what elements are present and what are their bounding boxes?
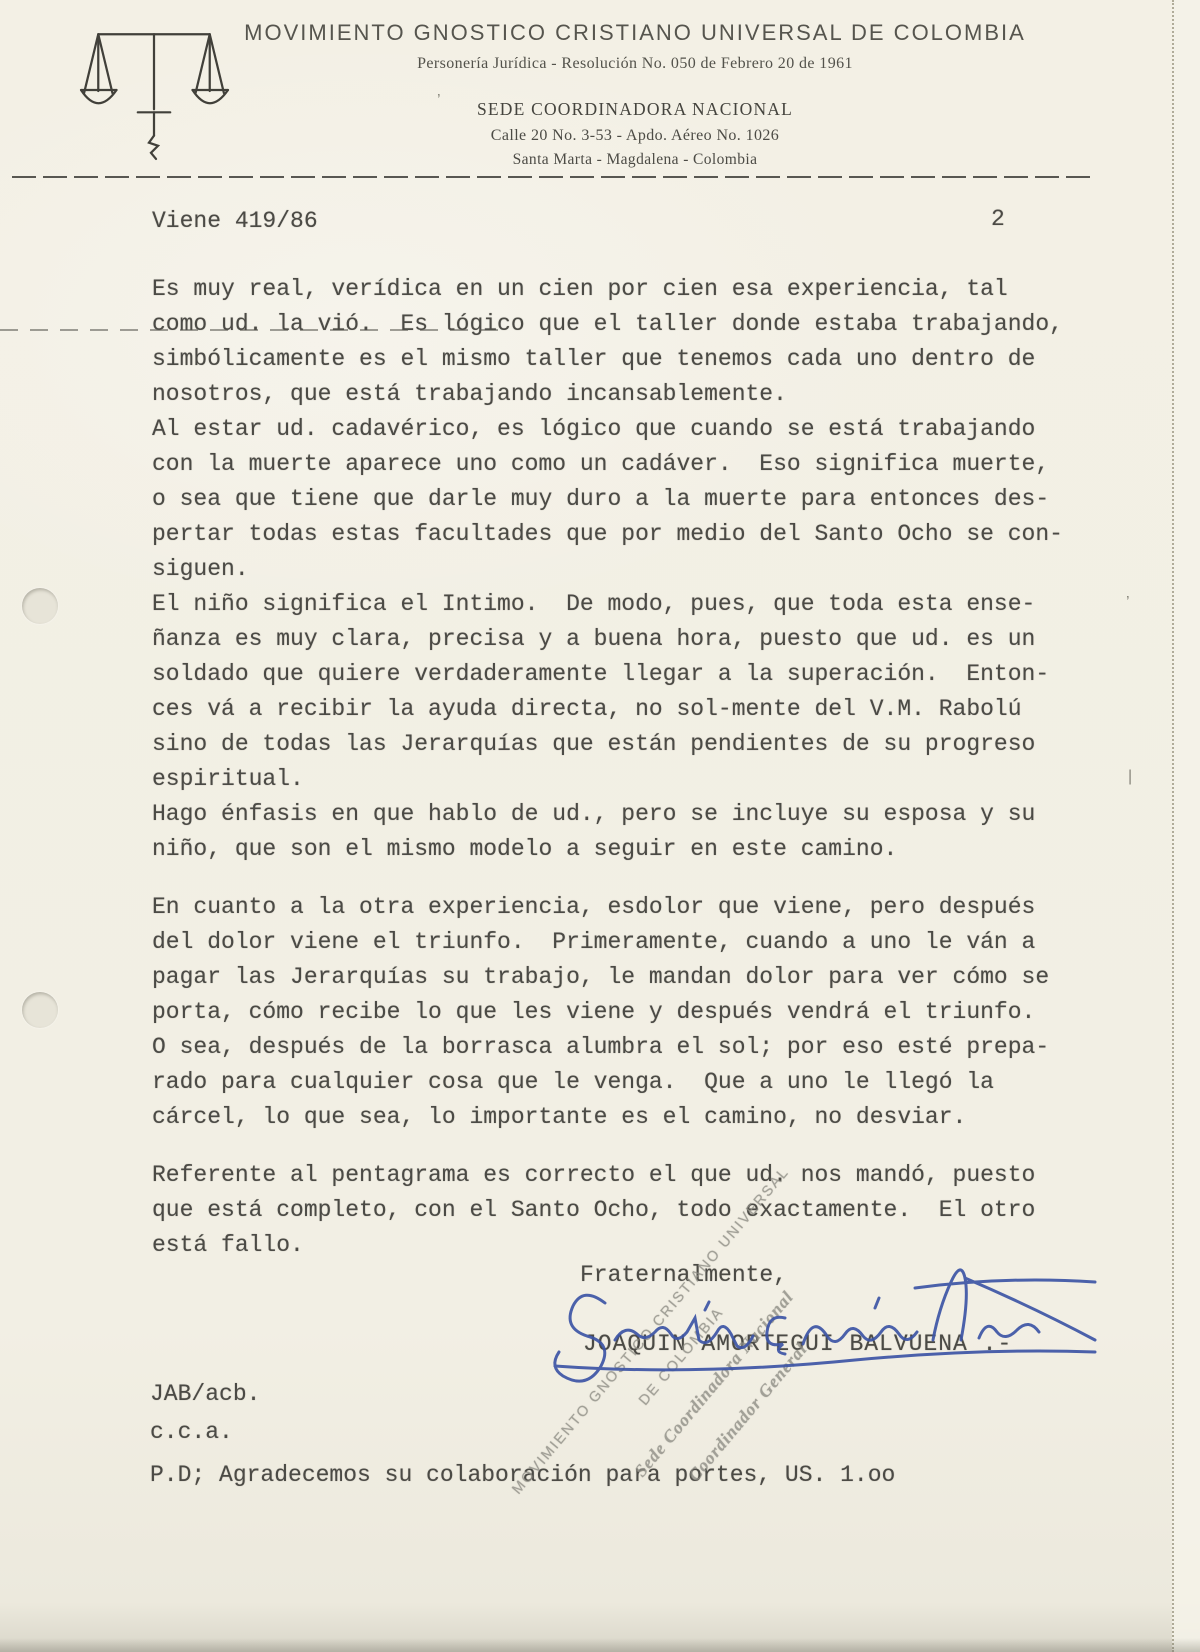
paragraph-5: En cuanto a la otra experiencia, esdolor… [152,890,1072,1135]
scales-with-sword-icon [78,12,230,164]
punch-hole [22,992,58,1028]
continuation-reference: Viene 419/86 [152,208,318,234]
letter-body: Es muy real, verídica en un cien por cie… [152,272,1072,1263]
paragraph-3: El niño significa el Intimo. De modo, pu… [152,587,1072,797]
stray-mark: ’ [437,92,441,110]
paper-right-edge [1172,0,1200,1652]
stray-mark: ’ [1126,594,1130,612]
paragraph-4: Hago énfasis en que hablo de ud., pero s… [152,797,1072,867]
letterhead-divider [12,176,1094,178]
legal-line: Personería Jurídica - Resolución No. 050… [235,55,1035,73]
punch-hole [22,588,58,624]
paragraph-1: Es muy real, verídica en un cien por cie… [152,272,1072,412]
scan-bottom-shadow [0,1638,1200,1652]
location-line: Santa Marta - Magdalena - Colombia [235,151,1035,169]
postscript: P.D; Agradecemos su colaboración para po… [150,1462,895,1488]
office-line: SEDE COORDINADORA NACIONAL [235,99,1035,120]
letterhead: MOVIMIENTO GNOSTICO CRISTIANO UNIVERSAL … [235,20,1035,169]
fold-crease-line [0,329,505,331]
paragraph-2: Al estar ud. cadavérico, es lógico que c… [152,412,1072,587]
typist-initials: JAB/acb. [150,1381,260,1407]
page-number: 2 [991,206,1005,232]
stray-mark: | [1128,768,1132,786]
carbon-copy: c.c.a. [150,1419,233,1445]
handwritten-signature-icon [535,1248,1100,1418]
address-line: Calle 20 No. 3-53 - Apdo. Aéreo No. 1026 [235,127,1035,145]
org-name: MOVIMIENTO GNOSTICO CRISTIANO UNIVERSAL … [235,20,1035,46]
letter-page: MOVIMIENTO GNOSTICO CRISTIANO UNIVERSAL … [0,0,1200,1652]
